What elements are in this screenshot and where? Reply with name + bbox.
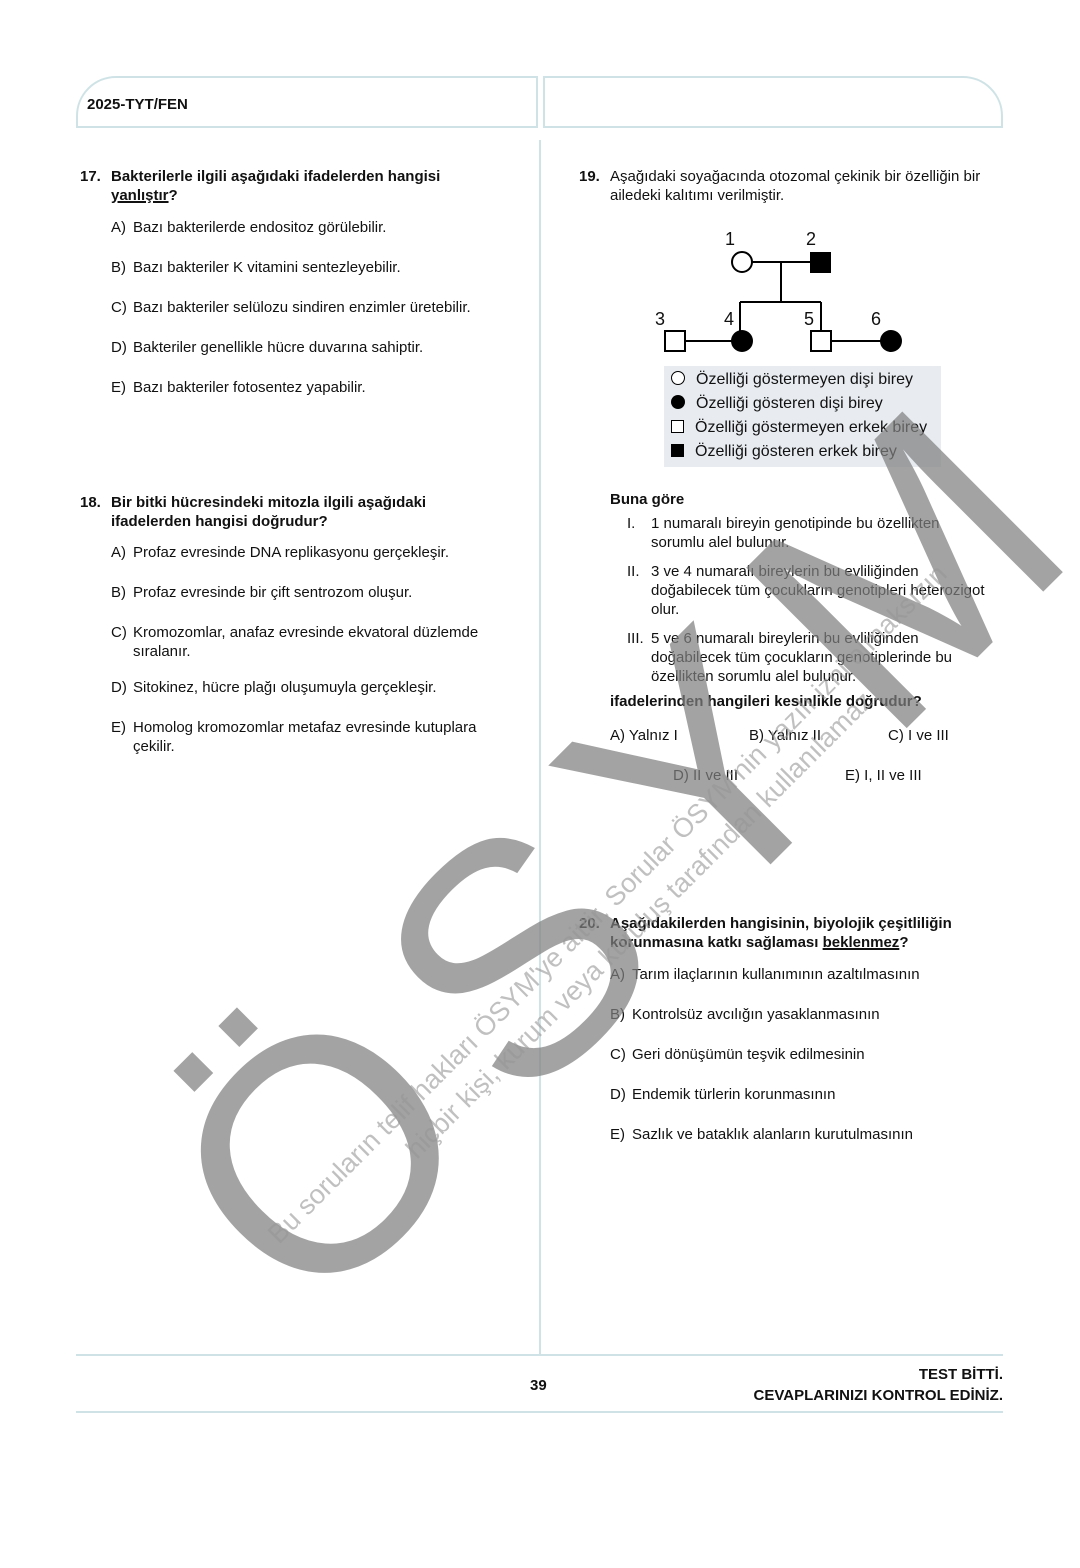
pedigree-label-1: 1 bbox=[725, 229, 735, 250]
legend-item: Özelliği gösteren erkek birey bbox=[671, 442, 897, 462]
option-e[interactable]: E)Homolog kromozomlar metafaz evresinde … bbox=[111, 718, 476, 756]
individual-6-icon bbox=[880, 330, 902, 352]
question-18: 18. Bir bitki hücresindeki mitozla ilgil… bbox=[80, 493, 530, 763]
test-end-notice: TEST BİTTİ. CEVAPLARINIZI KONTROL EDİNİZ… bbox=[754, 1364, 1003, 1406]
question-17: 17. Bakterilerle ilgili aşağıdaki ifadel… bbox=[80, 167, 530, 397]
question-stem: Bakterilerle ilgili aşağıdaki ifadelerde… bbox=[111, 167, 440, 205]
footer-top-rule bbox=[76, 1354, 1003, 1356]
legend-item: Özelliği göstermeyen dişi birey bbox=[671, 370, 913, 390]
option-c[interactable]: C)Geri dönüşümün teşvik edilmesinin bbox=[610, 1045, 865, 1064]
question-stem: Aşağıdakilerden hangisinin, biyolojik çe… bbox=[610, 914, 952, 952]
legend-item: Özelliği gösteren dişi birey bbox=[671, 394, 883, 414]
page-number: 39 bbox=[530, 1377, 547, 1394]
option-e[interactable]: E)Bazı bakteriler fotosentez yapabilir. bbox=[111, 378, 366, 397]
option-a[interactable]: A)Tarım ilaçlarının kullanımının azaltıl… bbox=[610, 965, 920, 984]
statement-iii: III. 5 ve 6 numaralı bireylerin bu evlil… bbox=[627, 629, 1027, 689]
question-number: 18. bbox=[80, 493, 101, 512]
pedigree-label-5: 5 bbox=[804, 309, 814, 330]
pedigree-diagram bbox=[650, 225, 920, 360]
option-d[interactable]: D)Sitokinez, hücre plağı oluşumuyla gerç… bbox=[111, 678, 437, 697]
option-a[interactable]: A) Yalnız I bbox=[610, 726, 678, 745]
statement-lead: Buna göre bbox=[610, 490, 684, 509]
option-a[interactable]: A)Profaz evresinde DNA replikasyonu gerç… bbox=[111, 543, 449, 562]
individual-2-icon bbox=[810, 252, 831, 273]
stem-emphasis: beklenmez bbox=[823, 934, 900, 951]
option-e[interactable]: E) I, II ve III bbox=[845, 766, 922, 785]
filled-circle-icon bbox=[671, 395, 685, 409]
option-d[interactable]: D)Bakteriler genellikle hücre duvarına s… bbox=[111, 338, 423, 357]
option-c[interactable]: C)Kromozomlar, anafaz evresinde ekvatora… bbox=[111, 623, 478, 661]
pedigree-label-2: 2 bbox=[806, 229, 816, 250]
option-b[interactable]: B)Profaz evresinde bir çift sentrozom ol… bbox=[111, 583, 412, 602]
question-stem: Aşağıdaki soyağacında otozomal çekinik b… bbox=[610, 167, 980, 205]
option-e[interactable]: E)Sazlık ve bataklık alanların kurutulma… bbox=[610, 1125, 913, 1144]
filled-square-icon bbox=[671, 444, 684, 457]
open-square-icon bbox=[671, 420, 684, 433]
legend-item: Özelliği göstermeyen erkek birey bbox=[671, 418, 927, 438]
option-b[interactable]: B) Yalnız II bbox=[749, 726, 821, 745]
pedigree-label-3: 3 bbox=[655, 309, 665, 330]
header-left-box: 2025-TYT/FEN bbox=[76, 76, 538, 128]
option-b[interactable]: B)Kontrolsüz avcılığın yasaklanmasının bbox=[610, 1005, 880, 1024]
watermark-osym: ÖSYM bbox=[95, 310, 1080, 1379]
option-d[interactable]: D)Endemik türlerin korunmasının bbox=[610, 1085, 835, 1104]
question-prompt: ifadelerinden hangileri kesinlikle doğru… bbox=[610, 692, 922, 711]
individual-1-icon bbox=[732, 252, 752, 272]
column-divider bbox=[539, 140, 541, 1355]
option-d[interactable]: D) II ve III bbox=[673, 766, 738, 785]
option-c[interactable]: C) I ve III bbox=[888, 726, 949, 745]
question-number: 17. bbox=[80, 167, 101, 186]
question-number: 20. bbox=[579, 914, 600, 933]
pedigree-label-6: 6 bbox=[871, 309, 881, 330]
statement-i: I. 1 numaralı bireyin genotipinde bu öze… bbox=[627, 514, 1027, 554]
statement-ii: II. 3 ve 4 numaralı bireylerin bu evlili… bbox=[627, 562, 1027, 622]
question-stem: Bir bitki hücresindeki mitozla ilgili aş… bbox=[111, 493, 426, 531]
stem-emphasis: yanlıştır bbox=[111, 187, 169, 204]
option-c[interactable]: C)Bazı bakteriler selülozu sindiren enzi… bbox=[111, 298, 471, 317]
option-b[interactable]: B)Bazı bakteriler K vitamini sentezleyeb… bbox=[111, 258, 401, 277]
header-right-box bbox=[543, 76, 1003, 128]
option-a[interactable]: A)Bazı bakterilerde endositoz görülebili… bbox=[111, 218, 386, 237]
question-number: 19. bbox=[579, 167, 600, 186]
exam-code: 2025-TYT/FEN bbox=[87, 96, 188, 113]
individual-5-icon bbox=[811, 331, 831, 351]
question-20: 20. Aşağıdakilerden hangisinin, biyoloji… bbox=[579, 914, 1019, 1144]
individual-4-icon bbox=[731, 330, 753, 352]
question-19: 19. Aşağıdaki soyağacında otozomal çekin… bbox=[579, 167, 1019, 197]
pedigree-legend: Özelliği göstermeyen dişi birey Özelliği… bbox=[664, 366, 941, 467]
pedigree-label-4: 4 bbox=[724, 309, 734, 330]
footer-bottom-rule bbox=[76, 1411, 1003, 1413]
open-circle-icon bbox=[671, 371, 685, 385]
individual-3-icon bbox=[665, 331, 685, 351]
